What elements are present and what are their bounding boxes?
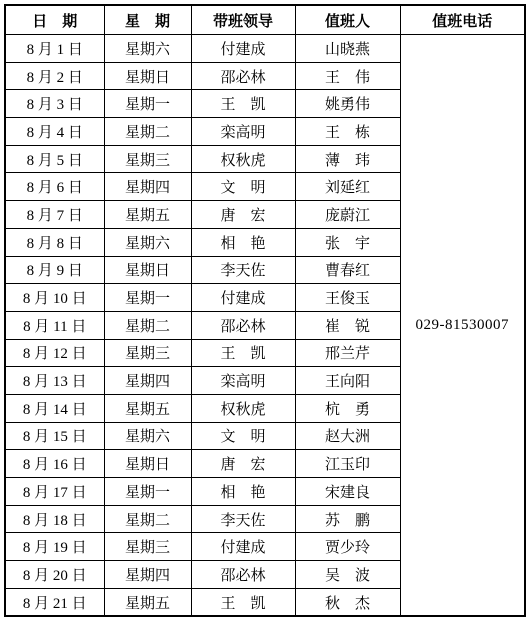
leader-cell: 王 凯: [191, 339, 295, 367]
date-cell: 8 月 14 日: [5, 394, 104, 422]
person-cell: 赵大洲: [295, 422, 400, 450]
weekday-cell: 星期四: [104, 173, 191, 201]
weekday-cell: 星期三: [104, 533, 191, 561]
date-cell: 8 月 1 日: [5, 35, 104, 63]
weekday-cell: 星期二: [104, 311, 191, 339]
leader-cell: 邵必林: [191, 561, 295, 589]
header-weekday: 星 期: [104, 5, 191, 35]
weekday-cell: 星期日: [104, 62, 191, 90]
person-cell: 张 宇: [295, 228, 400, 256]
leader-cell: 栾高明: [191, 118, 295, 146]
leader-cell: 付建成: [191, 35, 295, 63]
weekday-cell: 星期一: [104, 478, 191, 506]
weekday-cell: 星期四: [104, 561, 191, 589]
person-cell: 秋 杰: [295, 588, 400, 616]
date-cell: 8 月 7 日: [5, 201, 104, 229]
date-cell: 8 月 20 日: [5, 561, 104, 589]
date-cell: 8 月 6 日: [5, 173, 104, 201]
person-cell: 曹春红: [295, 256, 400, 284]
person-cell: 庞蔚江: [295, 201, 400, 229]
header-phone: 值班电话: [400, 5, 525, 35]
leader-cell: 王 凯: [191, 90, 295, 118]
leader-cell: 李天佐: [191, 505, 295, 533]
duty-roster-table: 日 期 星 期 带班领导 值班人 值班电话 8 月 1 日星期六付建成山晓燕02…: [4, 4, 526, 617]
date-cell: 8 月 4 日: [5, 118, 104, 146]
leader-cell: 权秋虎: [191, 394, 295, 422]
person-cell: 贾少玲: [295, 533, 400, 561]
leader-cell: 邵必林: [191, 62, 295, 90]
person-cell: 吴 波: [295, 561, 400, 589]
date-cell: 8 月 3 日: [5, 90, 104, 118]
date-cell: 8 月 13 日: [5, 367, 104, 395]
leader-cell: 李天佐: [191, 256, 295, 284]
date-cell: 8 月 12 日: [5, 339, 104, 367]
leader-cell: 相 艳: [191, 478, 295, 506]
person-cell: 邢兰芹: [295, 339, 400, 367]
person-cell: 王 伟: [295, 62, 400, 90]
date-cell: 8 月 19 日: [5, 533, 104, 561]
leader-cell: 权秋虎: [191, 145, 295, 173]
date-cell: 8 月 15 日: [5, 422, 104, 450]
person-cell: 宋建良: [295, 478, 400, 506]
weekday-cell: 星期四: [104, 367, 191, 395]
leader-cell: 邵必林: [191, 311, 295, 339]
leader-cell: 付建成: [191, 533, 295, 561]
duty-phone-cell: 029-81530007: [400, 35, 525, 617]
person-cell: 江玉印: [295, 450, 400, 478]
leader-cell: 相 艳: [191, 228, 295, 256]
header-leader: 带班领导: [191, 5, 295, 35]
date-cell: 8 月 10 日: [5, 284, 104, 312]
leader-cell: 付建成: [191, 284, 295, 312]
person-cell: 杭 勇: [295, 394, 400, 422]
weekday-cell: 星期五: [104, 588, 191, 616]
weekday-cell: 星期六: [104, 35, 191, 63]
leader-cell: 栾高明: [191, 367, 295, 395]
document-page: 日 期 星 期 带班领导 值班人 值班电话 8 月 1 日星期六付建成山晓燕02…: [0, 0, 528, 620]
person-cell: 薄 玮: [295, 145, 400, 173]
weekday-cell: 星期日: [104, 450, 191, 478]
weekday-cell: 星期三: [104, 145, 191, 173]
date-cell: 8 月 17 日: [5, 478, 104, 506]
person-cell: 崔 锐: [295, 311, 400, 339]
leader-cell: 唐 宏: [191, 201, 295, 229]
weekday-cell: 星期三: [104, 339, 191, 367]
weekday-cell: 星期一: [104, 90, 191, 118]
weekday-cell: 星期一: [104, 284, 191, 312]
person-cell: 刘延红: [295, 173, 400, 201]
person-cell: 姚勇伟: [295, 90, 400, 118]
weekday-cell: 星期日: [104, 256, 191, 284]
weekday-cell: 星期二: [104, 505, 191, 533]
person-cell: 王俊玉: [295, 284, 400, 312]
leader-cell: 唐 宏: [191, 450, 295, 478]
date-cell: 8 月 9 日: [5, 256, 104, 284]
header-person: 值班人: [295, 5, 400, 35]
person-cell: 苏 鹏: [295, 505, 400, 533]
person-cell: 山晓燕: [295, 35, 400, 63]
leader-cell: 文 明: [191, 173, 295, 201]
weekday-cell: 星期二: [104, 118, 191, 146]
date-cell: 8 月 21 日: [5, 588, 104, 616]
date-cell: 8 月 8 日: [5, 228, 104, 256]
weekday-cell: 星期六: [104, 228, 191, 256]
date-cell: 8 月 16 日: [5, 450, 104, 478]
table-row: 8 月 1 日星期六付建成山晓燕029-81530007: [5, 35, 525, 63]
date-cell: 8 月 2 日: [5, 62, 104, 90]
weekday-cell: 星期五: [104, 201, 191, 229]
date-cell: 8 月 11 日: [5, 311, 104, 339]
person-cell: 王 栋: [295, 118, 400, 146]
header-row: 日 期 星 期 带班领导 值班人 值班电话: [5, 5, 525, 35]
leader-cell: 文 明: [191, 422, 295, 450]
header-date: 日 期: [5, 5, 104, 35]
date-cell: 8 月 18 日: [5, 505, 104, 533]
weekday-cell: 星期六: [104, 422, 191, 450]
date-cell: 8 月 5 日: [5, 145, 104, 173]
person-cell: 王向阳: [295, 367, 400, 395]
weekday-cell: 星期五: [104, 394, 191, 422]
leader-cell: 王 凯: [191, 588, 295, 616]
